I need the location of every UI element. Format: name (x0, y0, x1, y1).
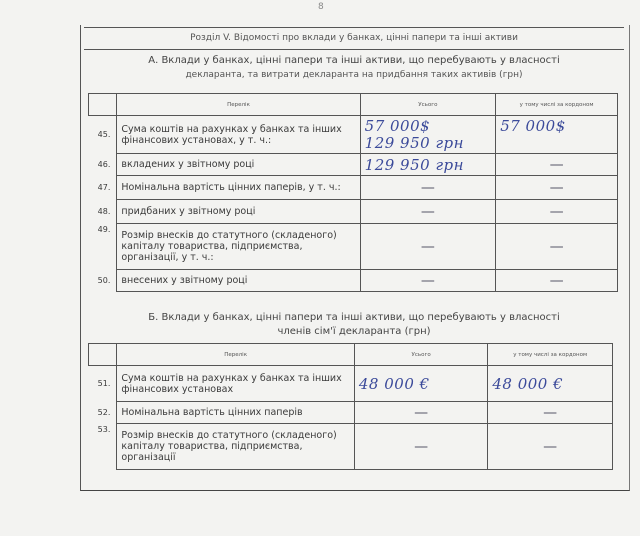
col-header-total: Усього (354, 344, 487, 366)
col-header-total: Усього (360, 94, 496, 116)
table-row: 48. придбаних у звітному році — — (89, 200, 618, 224)
row-label: вкладених у звітному році (117, 154, 360, 176)
part-b-heading-line2: членів сім'ї декларанта (грн) (84, 325, 624, 339)
row-number: 49. (89, 224, 117, 270)
row-label: придбаних у звітному році (117, 200, 360, 224)
table-row: 49. Розмір внесків до статутного (складе… (89, 224, 618, 270)
row-label: Сума коштів на рахунках у банках та інши… (117, 366, 354, 402)
row-abroad: — (496, 200, 618, 224)
row-abroad: — (496, 224, 618, 270)
part-a-heading-line1: А. Вклади у банках, цінні папери та інші… (84, 54, 624, 68)
table-row: 53. Розмір внесків до статутного (складе… (89, 424, 613, 470)
table-row: 50. внесених у звітному році — — (89, 270, 618, 292)
row-total-line2: 129 950 грн (365, 135, 492, 152)
row-number: 52. (89, 402, 117, 424)
table-row: 45. Сума коштів на рахунках у банках та … (89, 116, 618, 154)
row-number: 50. (89, 270, 117, 292)
row-total: — (354, 424, 487, 470)
row-total: 48 000 € (354, 366, 487, 402)
row-number: 45. (89, 116, 117, 154)
part-b-table: Перелік Усього у тому числі за кордоном … (88, 343, 613, 470)
page-number: 8 (318, 2, 324, 12)
part-b-heading: Б. Вклади у банках, цінні папери та інші… (84, 311, 624, 339)
row-label: Номінальна вартість цінних паперів (117, 402, 354, 424)
row-total: 57 000$ 129 950 грн (360, 116, 496, 154)
row-abroad: 48 000 € (488, 366, 613, 402)
row-abroad: — (496, 270, 618, 292)
row-total: — (360, 224, 496, 270)
row-label: Сума коштів на рахунках у банках та інши… (117, 116, 360, 154)
row-number: 47. (89, 176, 117, 200)
row-total: — (360, 176, 496, 200)
row-total: — (354, 402, 487, 424)
row-abroad: — (488, 402, 613, 424)
row-number: 53. (89, 424, 117, 470)
row-label: Розмір внесків до статутного (складеного… (117, 424, 354, 470)
table-header: Перелік Усього у тому числі за кордоном (89, 94, 618, 116)
table-header: Перелік Усього у тому числі за кордоном (89, 344, 613, 366)
col-header-abroad: у тому числі за кордоном (488, 344, 613, 366)
row-label: внесених у звітному році (117, 270, 360, 292)
row-abroad: 57 000$ (496, 116, 618, 154)
col-header-list: Перелік (117, 344, 354, 366)
part-b-heading-line1: Б. Вклади у банках, цінні папери та інші… (84, 311, 624, 325)
row-total: 129 950 грн (360, 154, 496, 176)
row-total: — (360, 270, 496, 292)
row-number: 48. (89, 200, 117, 224)
row-label: Розмір внесків до статутного (складеного… (117, 224, 360, 270)
row-abroad: — (496, 176, 618, 200)
row-label: Номінальна вартість цінних паперів, у т.… (117, 176, 360, 200)
row-abroad: — (496, 154, 618, 176)
row-number: 51. (89, 366, 117, 402)
section-title: Розділ V. Відомості про вклади у банках,… (84, 27, 624, 50)
part-a-table: Перелік Усього у тому числі за кордоном … (88, 93, 618, 292)
table-row: 51. Сума коштів на рахунках у банках та … (89, 366, 613, 402)
row-total-line1: 57 000$ (365, 118, 492, 135)
row-total: — (360, 200, 496, 224)
table-row: 46. вкладених у звітному році 129 950 гр… (89, 154, 618, 176)
row-abroad: — (488, 424, 613, 470)
row-number: 46. (89, 154, 117, 176)
col-header-abroad: у тому числі за кордоном (496, 94, 618, 116)
table-row: 47. Номінальна вартість цінних паперів, … (89, 176, 618, 200)
col-header-list: Перелік (117, 94, 360, 116)
part-a-heading-line2: декларанта, та витрати декларанта на при… (84, 68, 624, 82)
part-a-heading: А. Вклади у банках, цінні папери та інші… (84, 54, 624, 82)
table-row: 52. Номінальна вартість цінних паперів —… (89, 402, 613, 424)
